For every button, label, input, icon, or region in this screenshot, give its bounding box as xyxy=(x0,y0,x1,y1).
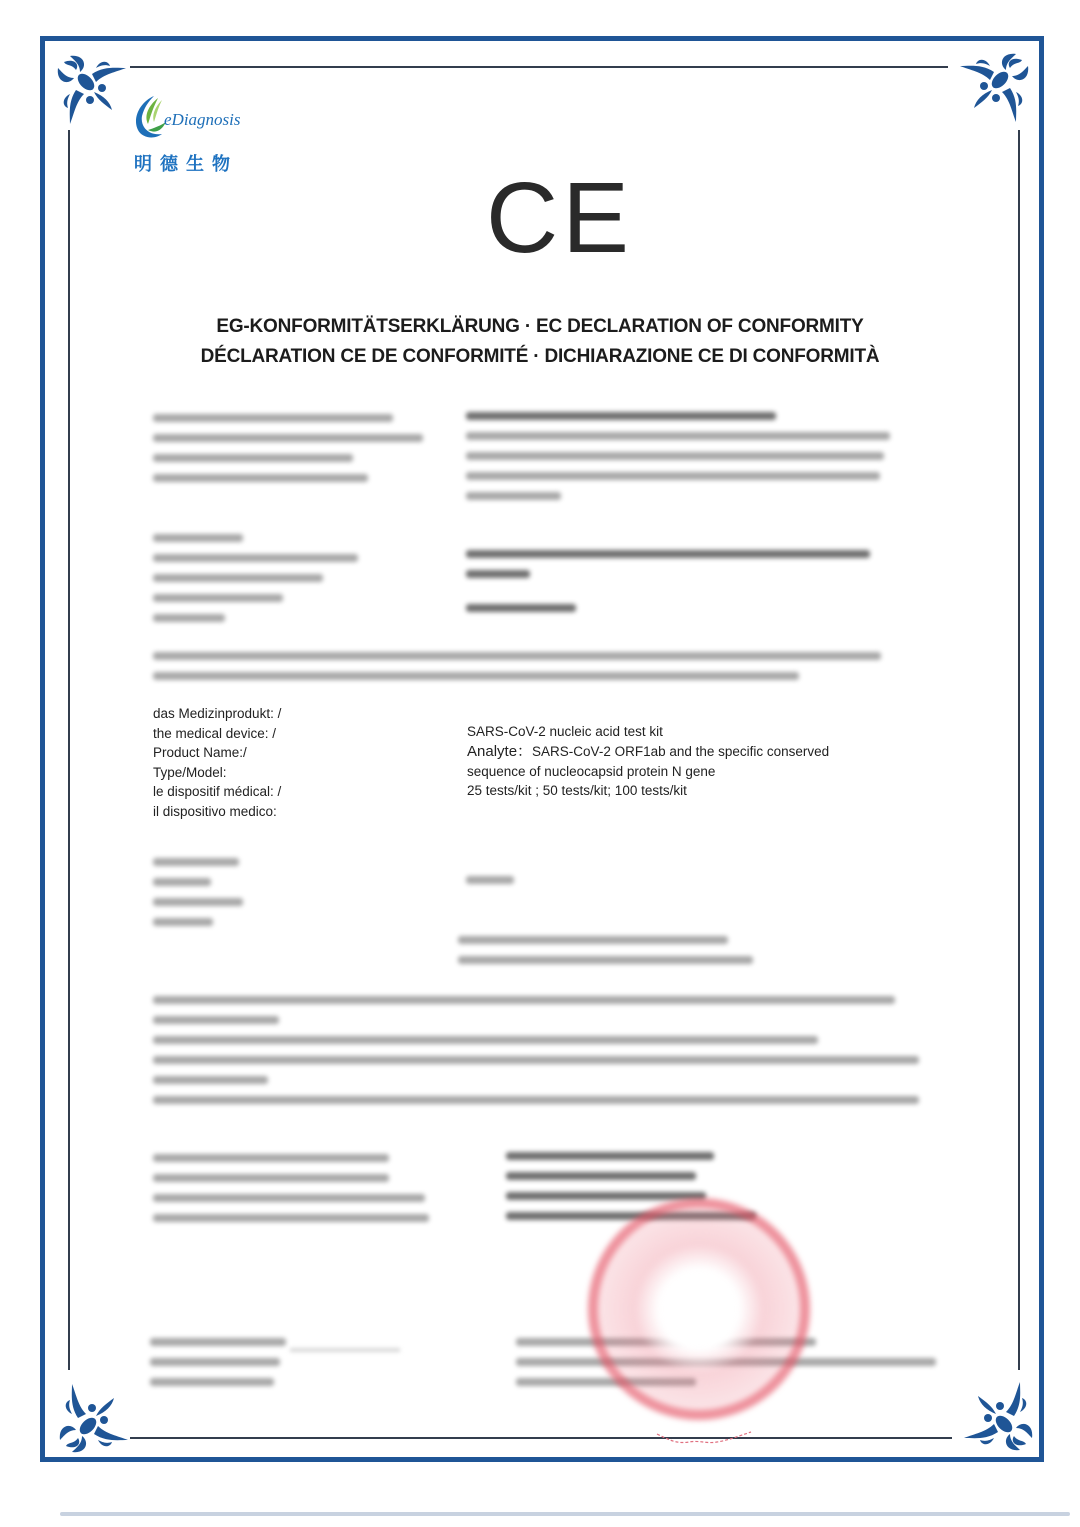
product-analyte: Analyte：SARS-CoV-2 ORF1ab and the specif… xyxy=(467,742,829,762)
redacted-place-date xyxy=(150,1332,410,1398)
ce-mark: CE xyxy=(486,168,633,268)
corner-ornament-icon xyxy=(950,52,1030,132)
label-type-model: Type/Model: xyxy=(153,763,281,783)
redacted-declaration-statement xyxy=(153,646,893,692)
document-title-line-1: EG-KONFORMITÄTSERKLÄRUNG · EC DECLARATIO… xyxy=(0,316,1080,338)
label-dispositivo-medico: il dispositivo medico: xyxy=(153,802,281,822)
redacted-classification-value xyxy=(466,870,546,896)
redacted-eu-rep-value xyxy=(466,544,896,624)
product-models: 25 tests/kit ; 50 tests/kit; 100 tests/k… xyxy=(467,781,829,801)
signature-line xyxy=(290,1348,400,1352)
product-labels: das Medizinprodukt: / the medical device… xyxy=(153,704,281,822)
label-dispositif-medical: le dispositif médical: / xyxy=(153,782,281,802)
redacted-manufacturer-address xyxy=(466,406,896,512)
document-title-line-2: DÉCLARATION CE DE CONFORMITÉ · DICHIARAZ… xyxy=(0,346,1080,368)
page-edge-shadow xyxy=(60,1512,1070,1516)
label-medical-device: the medical device: / xyxy=(153,724,281,744)
redacted-standards xyxy=(458,930,778,976)
inner-border-top xyxy=(130,66,948,68)
corner-ornament-icon xyxy=(56,54,136,134)
redacted-manufacturer-labels xyxy=(153,408,433,494)
inner-border-bottom xyxy=(130,1437,952,1439)
corner-ornament-icon xyxy=(58,1374,138,1454)
analyte-value: SARS-CoV-2 ORF1ab and the specific conse… xyxy=(532,744,829,759)
label-medizinprodukt: das Medizinprodukt: / xyxy=(153,704,281,724)
handwritten-signature-icon xyxy=(655,1428,755,1448)
product-name: SARS-CoV-2 nucleic acid test kit xyxy=(467,722,829,742)
logo-chinese-name: 明德生物 xyxy=(134,150,238,176)
analyte-label: Analyte： xyxy=(467,743,532,760)
corner-ornament-icon xyxy=(954,1372,1034,1452)
product-values: SARS-CoV-2 nucleic acid test kit Analyte… xyxy=(467,722,829,801)
company-seal-stamp xyxy=(588,1198,810,1420)
redacted-classification-labels xyxy=(153,852,353,938)
redacted-procedure-labels xyxy=(153,1148,453,1234)
logo-brand-name: eDiagnosis xyxy=(164,110,241,130)
product-analyte-continued: sequence of nucleocapsid protein N gene xyxy=(467,762,829,782)
redacted-eu-rep-labels xyxy=(153,528,433,634)
label-product-name: Product Name:/ xyxy=(153,743,281,763)
redacted-directive-paragraph xyxy=(153,990,923,1116)
